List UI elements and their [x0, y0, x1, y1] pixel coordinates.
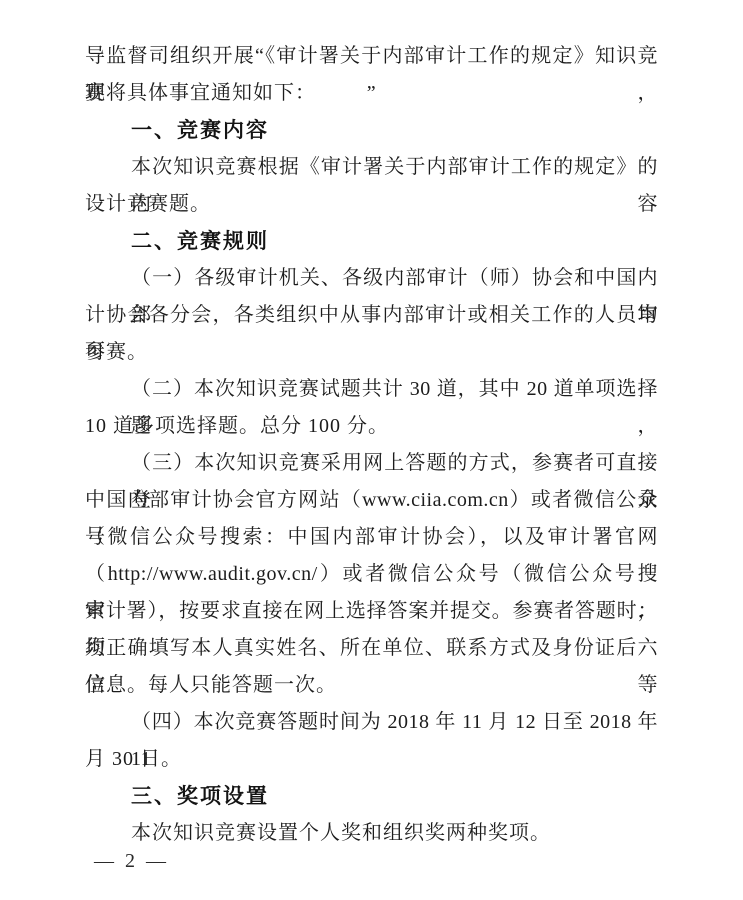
- doc-line: （http://www.audit.gov.cn/）或者微信公众号（微信公众号搜…: [85, 556, 658, 593]
- doc-line: 须正确填写本人真实姓名、所在单位、联系方式及身份证后六位等: [85, 630, 658, 667]
- doc-line: （一）各级审计机关、各级内部审计（师）协会和中国内部审: [85, 260, 658, 297]
- doc-line: 计协会各分会，各类组织中从事内部审计或相关工作的人员均可: [85, 297, 658, 334]
- doc-line: （二）本次知识竞赛试题共计 30 道，其中 20 道单项选择题，: [85, 371, 658, 408]
- doc-line: （微信公众号搜索：中国内部审计协会），以及审计署官网: [85, 519, 658, 556]
- doc-line: （三）本次知识竞赛采用网上答题的方式，参赛者可直接登录: [85, 445, 658, 482]
- document-body: 导监督司组织开展“《审计署关于内部审计工作的规定》知识竞赛”， 现将具体事宜通知…: [85, 38, 658, 852]
- heading-awards: 三、奖项设置: [85, 778, 658, 815]
- doc-line: 本次知识竞赛根据《审计署关于内部审计工作的规定》的内容: [85, 149, 658, 186]
- doc-line: 参赛。: [85, 334, 658, 371]
- doc-line: 本次知识竞赛设置个人奖和组织奖两种奖项。: [85, 815, 658, 852]
- doc-line: （四）本次竞赛答题时间为 2018 年 11 月 12 日至 2018 年 11: [85, 704, 658, 741]
- page-number: — 2 —: [94, 850, 169, 873]
- doc-line: 月 30 日。: [85, 741, 658, 778]
- document-page: 导监督司组织开展“《审计署关于内部审计工作的规定》知识竞赛”， 现将具体事宜通知…: [0, 0, 743, 900]
- doc-line: 导监督司组织开展“《审计署关于内部审计工作的规定》知识竞赛”，: [85, 38, 658, 75]
- doc-line: 审计署），按要求直接在网上选择答案并提交。参赛者答题时，均: [85, 593, 658, 630]
- doc-line: 中国内部审计协会官方网站（www.ciia.com.cn）或者微信公众号: [85, 482, 658, 519]
- heading-competition-content: 一、竞赛内容: [85, 112, 658, 149]
- heading-competition-rules: 二、竞赛规则: [85, 223, 658, 260]
